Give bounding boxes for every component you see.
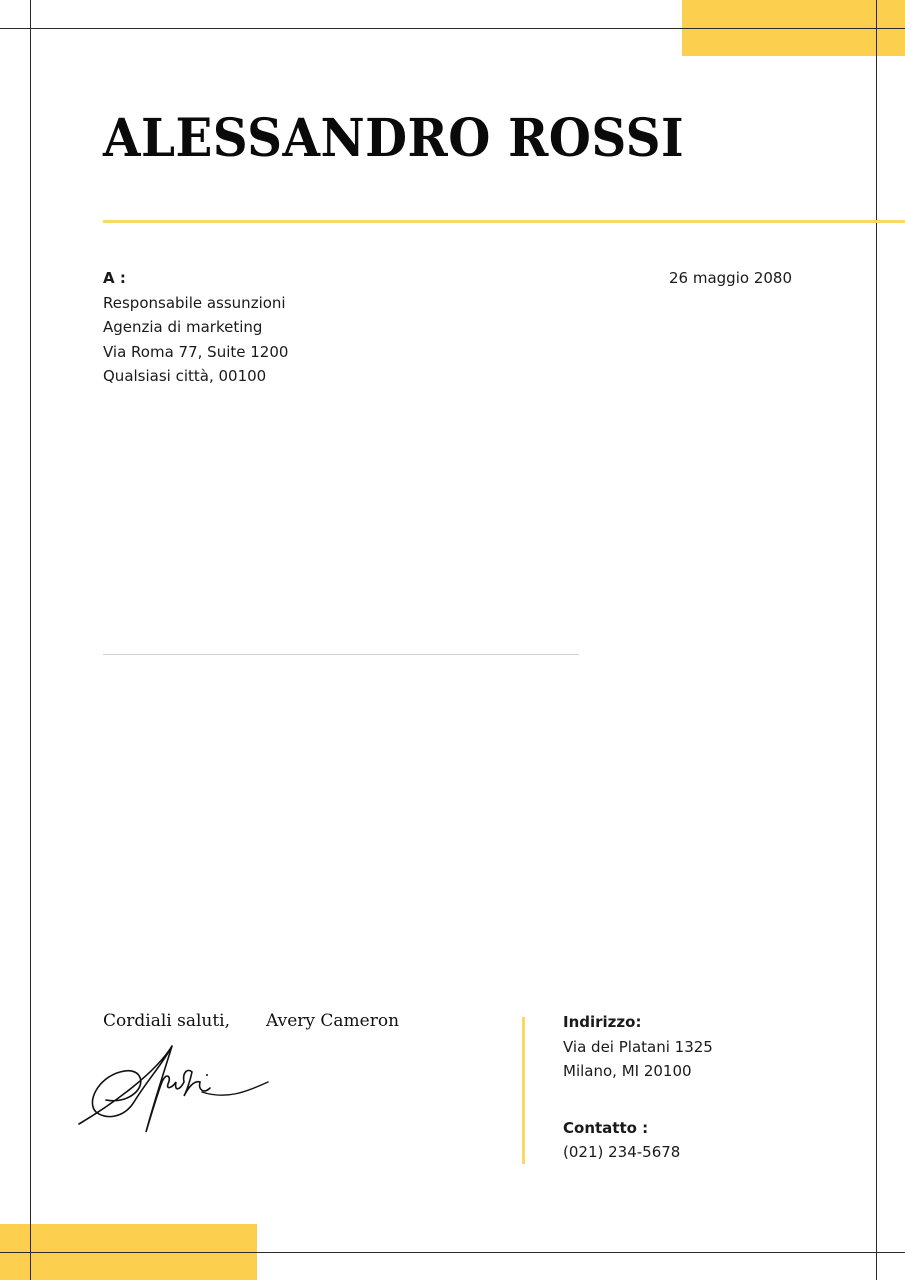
salutation: Cordiali saluti, xyxy=(103,1011,230,1031)
frame-line-right xyxy=(876,0,877,1280)
contact-label: Contatto : xyxy=(563,1116,713,1141)
recipient-line: Qualsiasi città, 00100 xyxy=(103,364,288,389)
contact-block: Indirizzo: Via dei Platani 1325 Milano, … xyxy=(563,1010,713,1165)
phone-number: (021) 234-5678 xyxy=(563,1140,713,1165)
frame-line-top xyxy=(0,28,905,29)
address-line: Via dei Platani 1325 xyxy=(563,1035,713,1060)
signer-name: Avery Cameron xyxy=(266,1011,399,1031)
signature-icon xyxy=(76,1042,276,1138)
recipient-line: Via Roma 77, Suite 1200 xyxy=(103,340,288,365)
sender-name: ALESSANDRO ROSSI xyxy=(103,108,684,169)
contact-divider xyxy=(522,1017,525,1164)
frame-line-bottom xyxy=(0,1252,905,1253)
header-divider xyxy=(103,220,905,223)
recipient-block: A : Responsabile assunzioni Agenzia di m… xyxy=(103,266,288,389)
body-text-placeholder xyxy=(103,654,579,655)
address-label: Indirizzo: xyxy=(563,1010,713,1035)
recipient-line: Agenzia di marketing xyxy=(103,315,288,340)
address-line: Milano, MI 20100 xyxy=(563,1059,713,1084)
recipient-line: Responsabile assunzioni xyxy=(103,291,288,316)
frame-line-left xyxy=(30,0,31,1280)
recipient-label: A : xyxy=(103,266,288,291)
letter-date: 26 maggio 2080 xyxy=(669,266,792,291)
closing-block: Cordiali saluti,Avery Cameron xyxy=(103,1011,399,1031)
